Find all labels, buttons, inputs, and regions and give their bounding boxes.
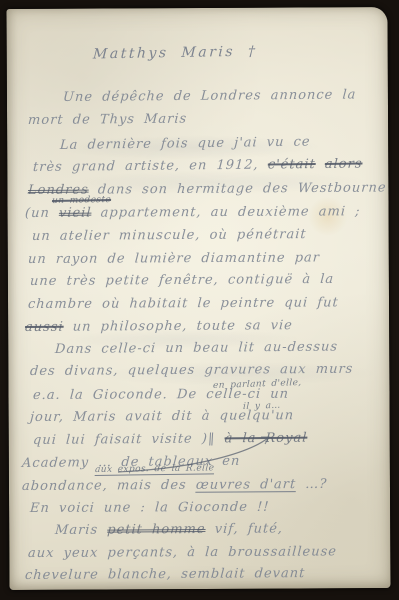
manuscript-page — [6, 7, 390, 590]
photo-backdrop: Matthys Maris † Une dépêche de Londres a… — [0, 0, 399, 600]
